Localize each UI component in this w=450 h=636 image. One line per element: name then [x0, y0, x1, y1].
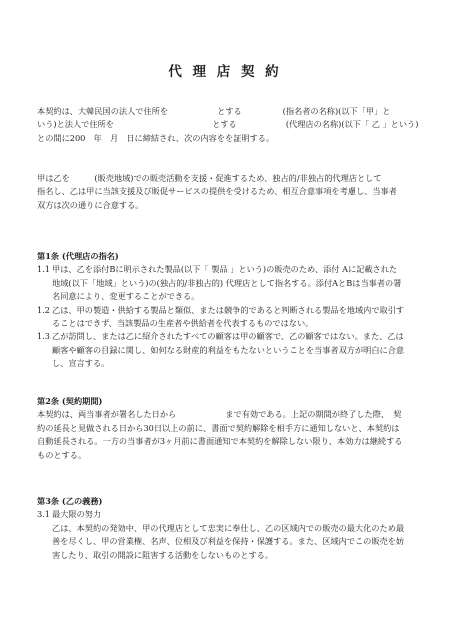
document-title: 代 理 店 契 約 [0, 60, 450, 80]
preamble-line: いう)と法人で住所を とする (代理店の名称)(以下「 乙 」という) [37, 118, 425, 131]
item-line: 地域(以下「地域」という)の(独占的/非独占的) 代理店として指名する。添付Aと… [52, 277, 425, 290]
article-2-heading: 第2条 (契約期間) [37, 395, 425, 408]
preamble-line: との間に200 年 月 日に締結され、次の内容をを証明する。 [37, 132, 425, 145]
contract-page: 代 理 店 契 約 本契約は、大韓民国の法人で住所を とする (指名者の名称)(… [0, 0, 450, 636]
purpose-line: 双方は次の通りに合意する。 [37, 199, 425, 212]
purpose-line: 指名し、乙は甲に当該支援及び販促サービスの提供を受けるため、相互合意事項を考慮し… [37, 185, 425, 198]
purpose-paragraph: 甲は乙を (販売地域)での販売活動を支援・促進するため、独占的/非独占的代理店と… [37, 172, 425, 212]
article-2-line: 本契約は、両当事者が署名した日から まで有効である。上記の期間が終了した際、 契 [37, 408, 425, 421]
item-line: し、宣言する。 [52, 357, 425, 370]
article-1-item-1: 1.1 甲は、乙を添付Bに明示された製品(以下「 製品 」という)の販売のため、… [37, 263, 425, 303]
item-line: 乙は、甲の製造・供給する製品と類似、または競争的であると判断される製品を地域内で… [52, 304, 425, 317]
article-1-heading: 第1条 (代理店の指名) [37, 250, 425, 263]
article-1: 第1条 (代理店の指名) 1.1 甲は、乙を添付Bに明示された製品(以下「 製品… [37, 250, 425, 371]
article-1-item-3: 1.3 乙が訪問し、または乙に紹介されたすべての顧客は甲の顧客で、乙の顧客ではな… [37, 330, 425, 370]
item-line: ることはできず、当該製品の生産者や供給者を代表するものではない。 [52, 317, 425, 330]
article-2-line: 自動延長される。一方の当事者が3ヶ月前に書面通知で本契約を解除しない限り、本効力… [37, 435, 425, 448]
article-3-line: 善を尽くし、甲の営業権、名声、位相及び利益を保持・保護する。また、区域内でこの販… [52, 535, 425, 548]
article-2-line: 約の延長と見做される日から30日以上の前に、書面で契約解除を相手方に通知しないと… [37, 422, 425, 435]
article-3-line: 乙は、本契約の発効中、甲の代理店として忠実に奉仕し、乙の区域内での販売の最大化の… [52, 522, 425, 535]
item-line: 乙が訪問し、または乙に紹介されたすべての顧客は甲の顧客で、乙の顧客ではない。また… [52, 330, 425, 343]
preamble-paragraph: 本契約は、大韓民国の法人で住所を とする (指名者の名称)(以下「甲」と いう)… [37, 105, 425, 145]
item-number: 1.1 [37, 263, 50, 276]
article-3-heading: 第3条 (乙の義務) [37, 495, 425, 508]
item-number: 1.2 [37, 304, 50, 317]
item-number: 3.1 [37, 508, 50, 521]
item-line: 名同意により、変更することができる。 [52, 290, 425, 303]
article-3: 第3条 (乙の義務) 3.1 最大限の努力 乙は、本契約の発効中、甲の代理店とし… [37, 495, 425, 562]
item-number: 1.3 [37, 330, 50, 343]
article-3-line: 害したり、取引の開設に阻害する活動をしないものとする。 [52, 549, 425, 562]
item-line: 甲は、乙を添付Bに明示された製品(以下「 製品 」という)の販売のため、添付 A… [52, 263, 425, 276]
article-2-line: ものとする。 [37, 449, 425, 462]
sub-item-title: 最大限の努力 [52, 508, 425, 521]
item-line: 顧客や顧客の目録に関し、如何なる財産的利益をもたないということを当事者双方が明白… [52, 344, 425, 357]
purpose-line: 甲は乙を (販売地域)での販売活動を支援・促進するため、独占的/非独占的代理店と… [37, 172, 425, 185]
preamble-line: 本契約は、大韓民国の法人で住所を とする (指名者の名称)(以下「甲」と [37, 105, 425, 118]
article-1-item-2: 1.2 乙は、甲の製造・供給する製品と類似、または競争的であると判断される製品を… [37, 304, 425, 331]
article-2: 第2条 (契約期間) 本契約は、両当事者が署名した日から まで有効である。上記の… [37, 395, 425, 462]
article-3-sub-item: 3.1 最大限の努力 乙は、本契約の発効中、甲の代理店として忠実に奉仕し、乙の区… [37, 508, 425, 562]
